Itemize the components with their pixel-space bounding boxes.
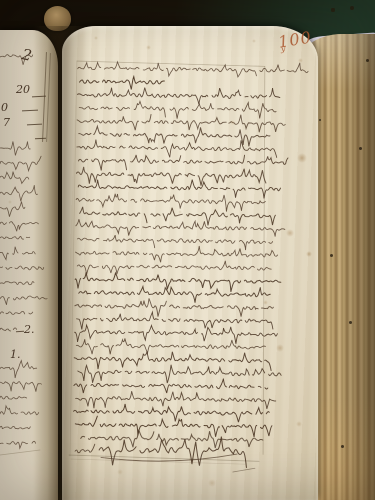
left-page-line-fragment [0, 172, 29, 184]
binding-headband-icon [44, 6, 71, 31]
frame-left [70, 61, 77, 456]
left-page-line-fragment [0, 236, 30, 239]
manuscript-line [76, 311, 273, 332]
left-page-line-fragment [0, 426, 30, 429]
left-page-line-fragment [0, 441, 36, 448]
manuscript-line [75, 416, 272, 438]
manuscript-line [76, 219, 285, 237]
left-page-line-fragment [0, 55, 33, 65]
manuscript-line [75, 244, 277, 263]
left-page-line-fragment [0, 185, 37, 201]
manuscript-line [76, 390, 276, 410]
manuscript-line [73, 403, 269, 422]
manuscript-line [77, 113, 285, 133]
manuscript-line [77, 259, 275, 277]
left-page-line-fragment [0, 361, 37, 378]
manuscript-line [81, 429, 263, 449]
manuscript-line [78, 364, 282, 385]
left-page-line-fragment [0, 382, 42, 392]
signature-word [75, 444, 95, 453]
left-page-handwriting-svg [0, 30, 66, 500]
manuscript-line [78, 178, 281, 198]
manuscript-line [80, 207, 279, 227]
manuscript-line [77, 235, 272, 251]
left-page-line-fragment [0, 406, 39, 415]
left-page-line-fragment [0, 396, 27, 399]
left-page-line-fragment [0, 296, 47, 305]
left-page-line-fragment [0, 328, 17, 331]
manuscript-line [79, 76, 167, 90]
left-page-line-fragment [0, 202, 25, 217]
manuscript-line [76, 338, 265, 357]
manuscript-line [75, 297, 274, 318]
left-page-line-fragment [0, 222, 38, 232]
manuscript-line [78, 153, 291, 173]
manuscript-line [77, 86, 280, 106]
left-page-line-fragment [0, 156, 41, 171]
manuscript-line [74, 377, 268, 395]
left-frame-bottom [0, 450, 40, 455]
manuscript-line [76, 167, 269, 187]
frame-bottom [69, 455, 259, 461]
left-page-line-fragment [0, 141, 34, 155]
left-page-line-fragment [0, 247, 35, 260]
manuscript-line [79, 126, 270, 147]
manuscript-line [75, 272, 281, 292]
manuscript-line [78, 60, 312, 78]
manuscript-line [74, 325, 280, 345]
manuscript-line [79, 101, 276, 120]
manuscript-text-svg [65, 50, 314, 469]
manuscript-line [76, 193, 265, 212]
frame-top [77, 61, 265, 66]
left-page-line-fragment [0, 311, 33, 314]
left-page-line-fragment [0, 282, 37, 285]
manuscript-line [79, 285, 271, 303]
manuscript-line [74, 351, 271, 372]
left-page-line-fragment [0, 266, 44, 270]
photo-open-manuscript-book: 220072.1. 100y [0, 0, 375, 500]
